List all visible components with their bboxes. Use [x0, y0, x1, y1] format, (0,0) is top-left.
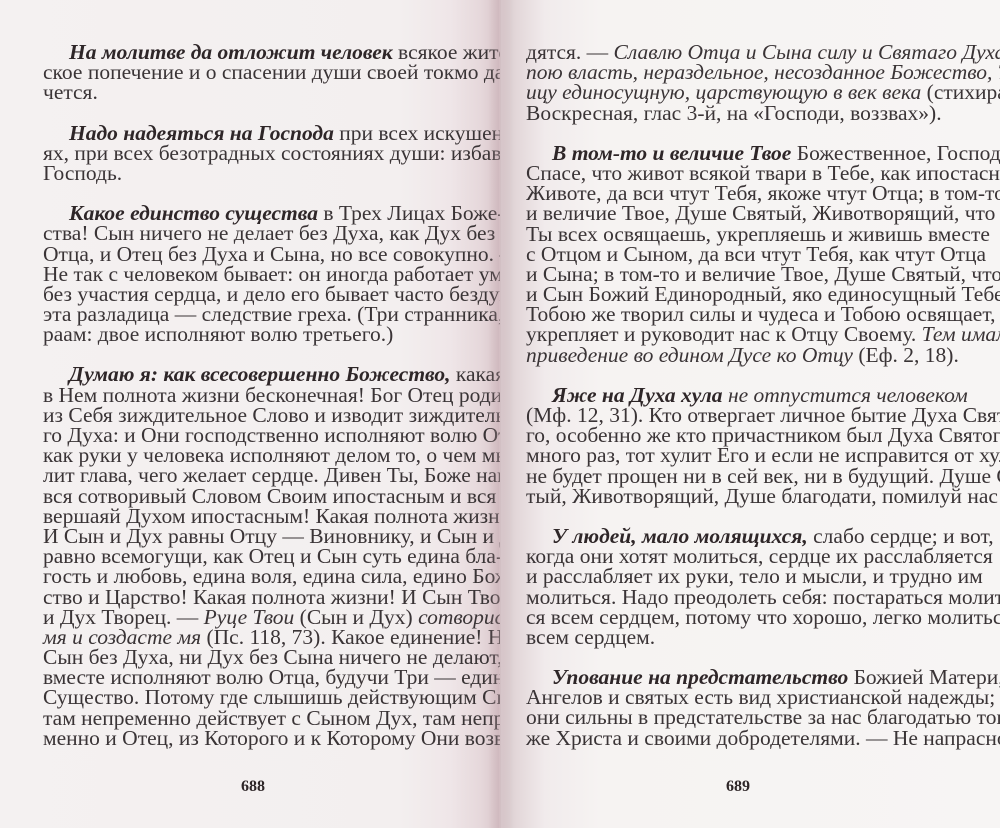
body-text: (Еф. 2, 18). — [853, 343, 959, 367]
text-line: Воскресная, глас 3-й, на «Господи, воззв… — [526, 103, 950, 123]
text-line: го, особенно же кто причастником был Дух… — [526, 425, 950, 445]
left-page-text: На молитве да отложит человек всякое жит… — [43, 42, 473, 768]
body-text: тый, Животворящий, Душе благодати, помил… — [526, 484, 1000, 508]
text-line: как руки у человека исполняют делом то, … — [43, 445, 473, 465]
text-line: молиться. Надо преодолеть себя: постарат… — [526, 587, 950, 607]
text-line: же Христа и своими добродетелями. — Не н… — [526, 728, 950, 748]
text-line: менно и Отец, из Которого и к Которому О… — [43, 728, 473, 748]
text-line: ся всем сердцем, потому что хорошо, легк… — [526, 607, 950, 627]
text-line: раам: двое исполняют волю третьего.) — [43, 324, 473, 344]
text-line: мя и создасте мя (Пс. 118, 73). Какое ед… — [43, 627, 473, 647]
text-line: всем сердцем. — [526, 627, 950, 647]
paragraph: Какое единство существа в Трех Лицах Бож… — [43, 203, 473, 344]
body-text: раам: двое исполняют волю третьего.) — [43, 322, 393, 346]
text-line: без участия сердца, и дело его бывает ча… — [43, 284, 473, 304]
body-text: Воскресная, глас 3-й, на «Господи, воззв… — [526, 101, 942, 125]
text-line: Какое единство существа в Трех Лицах Бож… — [43, 203, 473, 223]
text-line: Сын без Духа, ни Дух без Сына ничего не … — [43, 647, 473, 667]
text-line: и расслабляет их руки, тело и мысли, и т… — [526, 566, 950, 586]
paragraph: У людей, мало молящихся, слабо сердце; и… — [526, 526, 950, 647]
paragraph: Надо надеяться на Господа при всех искуш… — [43, 123, 473, 184]
text-line: гость и любовь, едина воля, едина сила, … — [43, 566, 473, 586]
body-text: Господь. — [43, 161, 122, 185]
text-line: они сильны в предстательстве за нас благ… — [526, 707, 950, 727]
text-line: укрепляет и руководит нас к Отцу Своему.… — [526, 324, 950, 344]
text-line: вся сотворивый Словом Своим ипостасным и… — [43, 486, 473, 506]
text-line: Не так с человеком бывает: он иногда раб… — [43, 264, 473, 284]
text-line: и величие Твое, Душе Святый, Животворящи… — [526, 203, 950, 223]
text-line: ство и Царство! Какая полнота жизни! И С… — [43, 587, 473, 607]
text-line: лит глава, чего желает сердце. Дивен Ты,… — [43, 465, 473, 485]
text-line: чется. — [43, 82, 473, 102]
paragraph: Упование на предстательство Божией Матер… — [526, 667, 950, 748]
text-line: приведение во едином Дусе ко Отцу (Еф. 2… — [526, 345, 950, 365]
paragraph: Яже на Духа хула не отпустится человеком… — [526, 385, 950, 506]
text-line: вместе исполняют волю Отца, будучи Три —… — [43, 667, 473, 687]
text-line: пою власть, нераздельное, несозданное Бо… — [526, 62, 950, 82]
page-number-right: 689 — [726, 778, 750, 796]
text-line: (Мф. 12, 31). Кто отвергает личное бытие… — [526, 405, 950, 425]
body-text: всем сердцем. — [526, 625, 655, 649]
right-page-text: дятся. — Славлю Отца и Сына силу и Свята… — [526, 42, 950, 768]
text-line: и Сына; в том-то и величие Твое, Душе Св… — [526, 264, 950, 284]
text-line: Думаю я: как всесовершенно Божество, как… — [43, 364, 473, 384]
body-text: менно и Отец, из Которого и к Которому О… — [43, 726, 522, 750]
page-number-left: 688 — [241, 778, 265, 796]
paragraph: В том-то и величие Твое Божественное, Го… — [526, 143, 950, 365]
text-line: Животе, да вси чтут Тебя, якоже чтут Отц… — [526, 183, 950, 203]
text-line: ицу единосущную, царствующую в век века … — [526, 82, 950, 102]
text-line: Упование на предстательство Божией Матер… — [526, 667, 950, 687]
text-line: вершаяй Духом ипостасным! Какая полнота … — [43, 506, 473, 526]
text-line: На молитве да отложит человек всякое жит… — [43, 42, 473, 62]
text-line: и Сын Божий Единородный, яко единосущный… — [526, 284, 950, 304]
text-line: ях, при всех безотрадных состояниях души… — [43, 143, 473, 163]
body-text: чется. — [43, 80, 98, 104]
paragraph: дятся. — Славлю Отца и Сына силу и Свята… — [526, 42, 950, 123]
left-page: На молитве да отложит человек всякое жит… — [0, 0, 500, 828]
text-line: го Духа: и Они господственно исполняют в… — [43, 425, 473, 445]
paragraph: На молитве да отложит человек всякое жит… — [43, 42, 473, 103]
text-line: эта разладица — следствие греха. (Три ст… — [43, 304, 473, 324]
book-spread: На молитве да отложит человек всякое жит… — [0, 0, 1000, 828]
text-line: Ангелов и святых есть вид христианской н… — [526, 687, 950, 707]
text-line: равно всемогущи, как Отец и Сын суть еди… — [43, 546, 473, 566]
text-line: Отца, и Отец без Духа и Сына, но все сов… — [43, 244, 473, 264]
text-line: Яже на Духа хула не отпустится человеком — [526, 385, 950, 405]
text-line: когда они хотят молиться, сердце их расс… — [526, 546, 950, 566]
text-line: ства! Сын ничего не делает без Духа, как… — [43, 223, 473, 243]
text-line: Тобою же творил силы и чудеса и Тобою ос… — [526, 304, 950, 324]
text-line: с Отцом и Сыном, да вси чтут Тебя, как ч… — [526, 244, 950, 264]
text-line: и Дух Творец. — Руце Твои (Сын и Дух) со… — [43, 607, 473, 627]
text-line: ское попечение и о спасении души своей т… — [43, 62, 473, 82]
text-line: там непременно действует с Сыном Дух, та… — [43, 708, 473, 728]
text-line: из Себя зиждительное Слово и изводит зиж… — [43, 405, 473, 425]
text-line: не будет прощен ни в сей век, ни в будущ… — [526, 466, 950, 486]
text-line: Ты всех освящаешь, укрепляешь и живишь в… — [526, 224, 950, 244]
text-line: В том-то и величие Твое Божественное, Го… — [526, 143, 950, 163]
text-line: Господь. — [43, 163, 473, 183]
text-line: дятся. — Славлю Отца и Сына силу и Свята… — [526, 42, 950, 62]
text-line: тый, Животворящий, Душе благодати, помил… — [526, 486, 950, 506]
text-line: много раз, тот хулит Его и если не испра… — [526, 445, 950, 465]
text-line: в Нем полнота жизни бесконечная! Бог Оте… — [43, 385, 473, 405]
right-page: дятся. — Славлю Отца и Сына силу и Свята… — [500, 0, 1000, 828]
text-line: Надо надеяться на Господа при всех искуш… — [43, 123, 473, 143]
body-text: же Христа и своими добродетелями. — Не н… — [526, 726, 1000, 750]
body-text: ское попечение и о спасении души своей т… — [43, 60, 538, 84]
text-line: Спасе, что живот всякой твари в Тебе, ка… — [526, 163, 950, 183]
italic-quote: приведение во едином Дусе ко Отцу — [526, 343, 853, 367]
text-line: Существо. Потому где слышишь действующим… — [43, 687, 473, 707]
text-line: И Сын и Дух равны Отцу — Виновнику, и Сы… — [43, 526, 473, 546]
text-line: У людей, мало молящихся, слабо сердце; и… — [526, 526, 950, 546]
paragraph: Думаю я: как всесовершенно Божество, как… — [43, 364, 473, 748]
